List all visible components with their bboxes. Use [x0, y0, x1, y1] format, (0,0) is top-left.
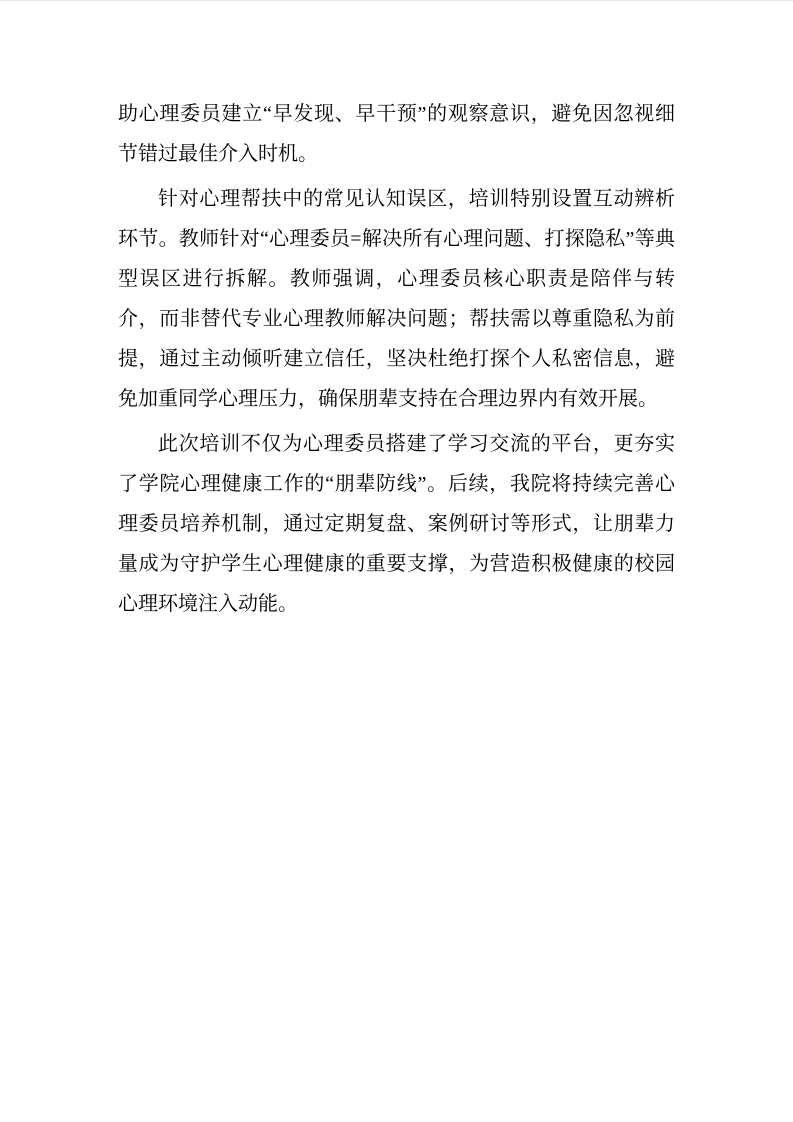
document-text-body: 助心理委员建立“早发现、早干预”的观察意识，避免因忽视细节错过最佳介入时机。 针… — [118, 94, 675, 629]
paragraph: 助心理委员建立“早发现、早干预”的观察意识，避免因忽视细节错过最佳介入时机。 — [118, 94, 675, 174]
paragraph: 针对心理帮扶中的常见认知误区，培训特别设置互动辨析环节。教师针对“心理委员=解决… — [118, 179, 675, 419]
paragraph: 此次培训不仅为心理委员搭建了学习交流的平台，更夯实了学院心理健康工作的“朋辈防线… — [118, 424, 675, 624]
document-page: 助心理委员建立“早发现、早干预”的观察意识，避免因忽视细节错过最佳介入时机。 针… — [0, 0, 793, 1122]
